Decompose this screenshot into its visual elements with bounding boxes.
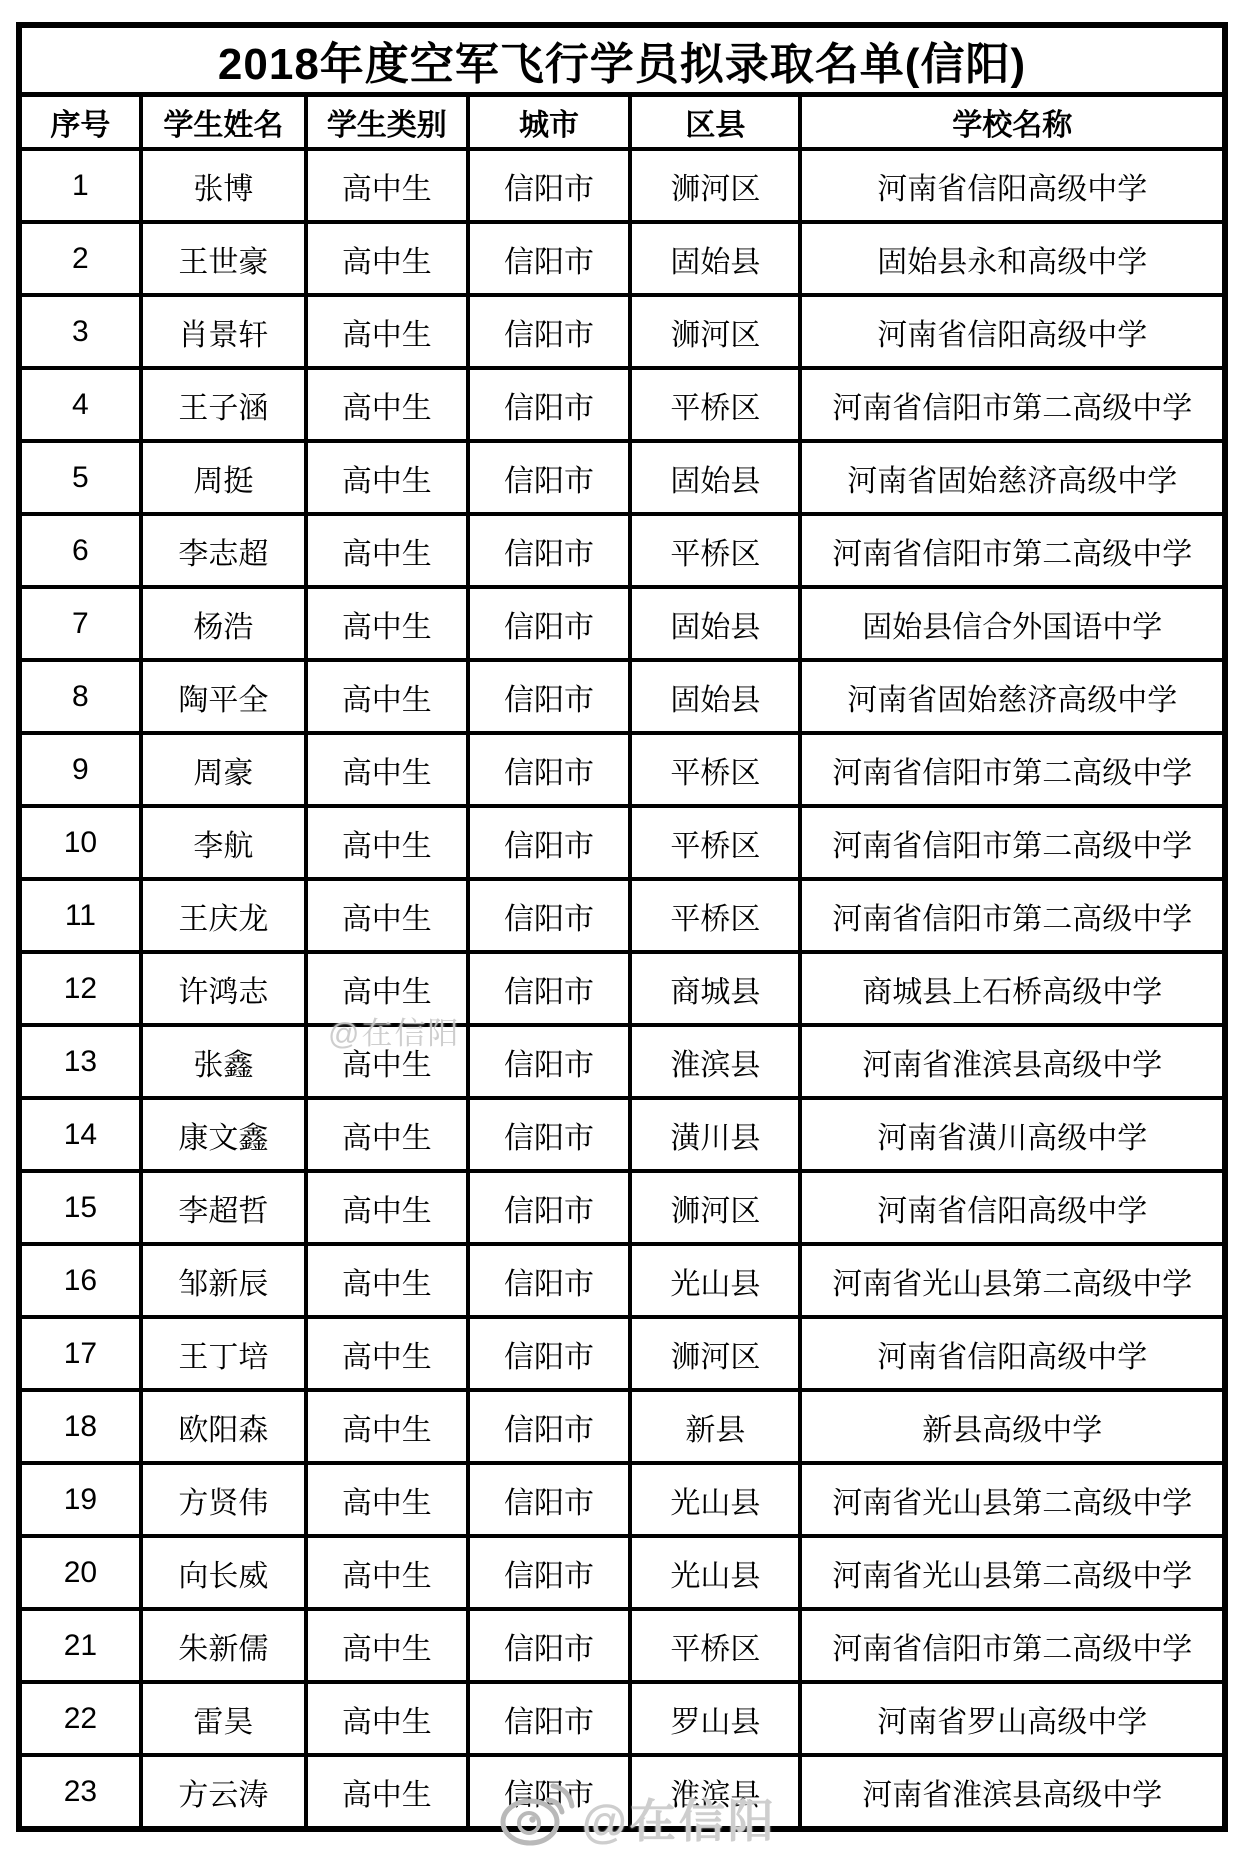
- table-cell: 3: [19, 295, 141, 368]
- table-cell: 王子涵: [141, 368, 306, 441]
- table-cell: 固始县: [630, 441, 800, 514]
- table-cell: 河南省信阳市第二高级中学: [800, 733, 1225, 806]
- table-cell: 信阳市: [468, 295, 631, 368]
- table-cell: 信阳市: [468, 441, 631, 514]
- table-cell: 信阳市: [468, 1755, 631, 1829]
- table-cell: 15: [19, 1171, 141, 1244]
- table-cell: 固始县永和高级中学: [800, 222, 1225, 295]
- table-cell: 5: [19, 441, 141, 514]
- table-cell: 信阳市: [468, 149, 631, 222]
- table-cell: 平桥区: [630, 514, 800, 587]
- column-header-2: 学生类别: [306, 95, 468, 150]
- table-cell: 信阳市: [468, 879, 631, 952]
- table-cell: 信阳市: [468, 1536, 631, 1609]
- table-cell: 欧阳森: [141, 1390, 306, 1463]
- table-cell: 信阳市: [468, 1463, 631, 1536]
- table-cell: 新县: [630, 1390, 800, 1463]
- table-cell: 王丁培: [141, 1317, 306, 1390]
- table-cell: 信阳市: [468, 1390, 631, 1463]
- table-cell: 固始县信合外国语中学: [800, 587, 1225, 660]
- table-cell: 方云涛: [141, 1755, 306, 1829]
- table-cell: 平桥区: [630, 806, 800, 879]
- table-cell: 18: [19, 1390, 141, 1463]
- table-cell: 高中生: [306, 1244, 468, 1317]
- table-row: 3肖景轩高中生信阳市浉河区河南省信阳高级中学: [19, 295, 1225, 368]
- table-cell: 河南省信阳高级中学: [800, 1171, 1225, 1244]
- table-cell: 罗山县: [630, 1682, 800, 1755]
- table-cell: 高中生: [306, 1025, 468, 1098]
- table-cell: 17: [19, 1317, 141, 1390]
- table-cell: 王庆龙: [141, 879, 306, 952]
- table-cell: 王世豪: [141, 222, 306, 295]
- table-row: 8陶平全高中生信阳市固始县河南省固始慈济高级中学: [19, 660, 1225, 733]
- table-cell: 高中生: [306, 587, 468, 660]
- table-cell: 河南省信阳市第二高级中学: [800, 1609, 1225, 1682]
- table-cell: 信阳市: [468, 368, 631, 441]
- table-cell: 陶平全: [141, 660, 306, 733]
- table-cell: 12: [19, 952, 141, 1025]
- table-row: 10李航高中生信阳市平桥区河南省信阳市第二高级中学: [19, 806, 1225, 879]
- table-cell: 河南省淮滨县高级中学: [800, 1025, 1225, 1098]
- title-row: 2018年度空军飞行学员拟录取名单(信阳): [19, 25, 1225, 95]
- table-cell: 平桥区: [630, 368, 800, 441]
- table-row: 4王子涵高中生信阳市平桥区河南省信阳市第二高级中学: [19, 368, 1225, 441]
- table-cell: 高中生: [306, 1755, 468, 1829]
- table-row: 16邹新辰高中生信阳市光山县河南省光山县第二高级中学: [19, 1244, 1225, 1317]
- table-cell: 固始县: [630, 222, 800, 295]
- table-cell: 高中生: [306, 368, 468, 441]
- table-row: 21朱新儒高中生信阳市平桥区河南省信阳市第二高级中学: [19, 1609, 1225, 1682]
- table-cell: 20: [19, 1536, 141, 1609]
- table-cell: 信阳市: [468, 1171, 631, 1244]
- table-cell: 信阳市: [468, 1025, 631, 1098]
- table-row: 15李超哲高中生信阳市浉河区河南省信阳高级中学: [19, 1171, 1225, 1244]
- table-cell: 高中生: [306, 1609, 468, 1682]
- table-cell: 平桥区: [630, 1609, 800, 1682]
- table-cell: 浉河区: [630, 295, 800, 368]
- table-cell: 光山县: [630, 1463, 800, 1536]
- table-cell: 河南省信阳高级中学: [800, 295, 1225, 368]
- table-cell: 信阳市: [468, 1609, 631, 1682]
- table-cell: 潢川县: [630, 1098, 800, 1171]
- table-cell: 信阳市: [468, 733, 631, 806]
- table-cell: 6: [19, 514, 141, 587]
- table-cell: 11: [19, 879, 141, 952]
- table-cell: 固始县: [630, 660, 800, 733]
- table-cell: 信阳市: [468, 1098, 631, 1171]
- table-cell: 李航: [141, 806, 306, 879]
- table-cell: 高中生: [306, 1536, 468, 1609]
- table-cell: 肖景轩: [141, 295, 306, 368]
- table-cell: 许鸿志: [141, 952, 306, 1025]
- table-cell: 信阳市: [468, 660, 631, 733]
- table-cell: 河南省光山县第二高级中学: [800, 1463, 1225, 1536]
- table-row: 1张博高中生信阳市浉河区河南省信阳高级中学: [19, 149, 1225, 222]
- table-cell: 河南省光山县第二高级中学: [800, 1536, 1225, 1609]
- table-cell: 光山县: [630, 1536, 800, 1609]
- table-cell: 信阳市: [468, 952, 631, 1025]
- table-cell: 周豪: [141, 733, 306, 806]
- table-cell: 新县高级中学: [800, 1390, 1225, 1463]
- table-cell: 高中生: [306, 1098, 468, 1171]
- table-cell: 浉河区: [630, 1171, 800, 1244]
- table-row: 12许鸿志高中生信阳市商城县商城县上石桥高级中学: [19, 952, 1225, 1025]
- table-cell: 康文鑫: [141, 1098, 306, 1171]
- table-cell: 信阳市: [468, 222, 631, 295]
- table-header-row: 序号学生姓名学生类别城市区县学校名称: [19, 95, 1225, 150]
- table-cell: 商城县: [630, 952, 800, 1025]
- table-cell: 李超哲: [141, 1171, 306, 1244]
- table-cell: 高中生: [306, 879, 468, 952]
- table-cell: 浉河区: [630, 149, 800, 222]
- table-cell: 1: [19, 149, 141, 222]
- table-cell: 河南省信阳高级中学: [800, 149, 1225, 222]
- table-cell: 信阳市: [468, 1317, 631, 1390]
- table-row: 5周挺高中生信阳市固始县河南省固始慈济高级中学: [19, 441, 1225, 514]
- table-cell: 9: [19, 733, 141, 806]
- table-cell: 信阳市: [468, 587, 631, 660]
- table-cell: 向长威: [141, 1536, 306, 1609]
- table-row: 19方贤伟高中生信阳市光山县河南省光山县第二高级中学: [19, 1463, 1225, 1536]
- column-header-5: 学校名称: [800, 95, 1225, 150]
- table-cell: 河南省光山县第二高级中学: [800, 1244, 1225, 1317]
- table-cell: 16: [19, 1244, 141, 1317]
- table-cell: 高中生: [306, 660, 468, 733]
- column-header-1: 学生姓名: [141, 95, 306, 150]
- table-cell: 河南省固始慈济高级中学: [800, 660, 1225, 733]
- table-cell: 22: [19, 1682, 141, 1755]
- table-cell: 19: [19, 1463, 141, 1536]
- page-title: 2018年度空军飞行学员拟录取名单(信阳): [19, 25, 1225, 95]
- table-cell: 高中生: [306, 1463, 468, 1536]
- table-cell: 14: [19, 1098, 141, 1171]
- table-cell: 高中生: [306, 514, 468, 587]
- table-row: 6李志超高中生信阳市平桥区河南省信阳市第二高级中学: [19, 514, 1225, 587]
- admission-table: 2018年度空军飞行学员拟录取名单(信阳) 序号学生姓名学生类别城市区县学校名称…: [16, 22, 1228, 1832]
- table-cell: 杨浩: [141, 587, 306, 660]
- table-cell: 邹新辰: [141, 1244, 306, 1317]
- table-cell: 张鑫: [141, 1025, 306, 1098]
- table-cell: 10: [19, 806, 141, 879]
- table-cell: 23: [19, 1755, 141, 1829]
- table-cell: 河南省固始慈济高级中学: [800, 441, 1225, 514]
- table-row: 13张鑫高中生信阳市淮滨县河南省淮滨县高级中学: [19, 1025, 1225, 1098]
- table-cell: 高中生: [306, 733, 468, 806]
- column-header-3: 城市: [468, 95, 631, 150]
- table-cell: 平桥区: [630, 733, 800, 806]
- table-cell: 高中生: [306, 441, 468, 514]
- table-cell: 高中生: [306, 1390, 468, 1463]
- table-cell: 13: [19, 1025, 141, 1098]
- table-row: 14康文鑫高中生信阳市潢川县河南省潢川高级中学: [19, 1098, 1225, 1171]
- table-cell: 雷昊: [141, 1682, 306, 1755]
- table-cell: 固始县: [630, 587, 800, 660]
- table-cell: 浉河区: [630, 1317, 800, 1390]
- table-cell: 李志超: [141, 514, 306, 587]
- table-cell: 信阳市: [468, 806, 631, 879]
- table-cell: 平桥区: [630, 879, 800, 952]
- table-cell: 河南省信阳市第二高级中学: [800, 879, 1225, 952]
- table-cell: 7: [19, 587, 141, 660]
- admission-table-wrap: 2018年度空军飞行学员拟录取名单(信阳) 序号学生姓名学生类别城市区县学校名称…: [16, 22, 1228, 1832]
- table-cell: 方贤伟: [141, 1463, 306, 1536]
- table-cell: 信阳市: [468, 1682, 631, 1755]
- table-row: 20向长威高中生信阳市光山县河南省光山县第二高级中学: [19, 1536, 1225, 1609]
- table-cell: 高中生: [306, 952, 468, 1025]
- table-cell: 商城县上石桥高级中学: [800, 952, 1225, 1025]
- table-cell: 河南省淮滨县高级中学: [800, 1755, 1225, 1829]
- table-row: 23方云涛高中生信阳市淮滨县河南省淮滨县高级中学: [19, 1755, 1225, 1829]
- table-row: 11王庆龙高中生信阳市平桥区河南省信阳市第二高级中学: [19, 879, 1225, 952]
- table-cell: 高中生: [306, 1317, 468, 1390]
- page: 2018年度空军飞行学员拟录取名单(信阳) 序号学生姓名学生类别城市区县学校名称…: [0, 0, 1242, 1857]
- table-cell: 河南省信阳市第二高级中学: [800, 368, 1225, 441]
- table-cell: 8: [19, 660, 141, 733]
- table-cell: 河南省信阳市第二高级中学: [800, 514, 1225, 587]
- table-cell: 淮滨县: [630, 1755, 800, 1829]
- table-cell: 信阳市: [468, 1244, 631, 1317]
- table-row: 22雷昊高中生信阳市罗山县河南省罗山高级中学: [19, 1682, 1225, 1755]
- table-cell: 高中生: [306, 1171, 468, 1244]
- table-cell: 光山县: [630, 1244, 800, 1317]
- table-cell: 4: [19, 368, 141, 441]
- table-row: 2王世豪高中生信阳市固始县固始县永和高级中学: [19, 222, 1225, 295]
- table-cell: 高中生: [306, 295, 468, 368]
- table-cell: 高中生: [306, 149, 468, 222]
- table-cell: 高中生: [306, 1682, 468, 1755]
- table-body: 1张博高中生信阳市浉河区河南省信阳高级中学2王世豪高中生信阳市固始县固始县永和高…: [19, 149, 1225, 1829]
- table-cell: 高中生: [306, 806, 468, 879]
- table-cell: 高中生: [306, 222, 468, 295]
- table-cell: 河南省罗山高级中学: [800, 1682, 1225, 1755]
- table-cell: 河南省信阳高级中学: [800, 1317, 1225, 1390]
- table-row: 17王丁培高中生信阳市浉河区河南省信阳高级中学: [19, 1317, 1225, 1390]
- table-cell: 周挺: [141, 441, 306, 514]
- table-cell: 2: [19, 222, 141, 295]
- table-cell: 张博: [141, 149, 306, 222]
- table-cell: 河南省潢川高级中学: [800, 1098, 1225, 1171]
- column-header-4: 区县: [630, 95, 800, 150]
- table-cell: 河南省信阳市第二高级中学: [800, 806, 1225, 879]
- table-cell: 21: [19, 1609, 141, 1682]
- table-row: 18欧阳森高中生信阳市新县新县高级中学: [19, 1390, 1225, 1463]
- table-cell: 朱新儒: [141, 1609, 306, 1682]
- table-row: 7杨浩高中生信阳市固始县固始县信合外国语中学: [19, 587, 1225, 660]
- table-cell: 淮滨县: [630, 1025, 800, 1098]
- column-header-0: 序号: [19, 95, 141, 150]
- table-row: 9周豪高中生信阳市平桥区河南省信阳市第二高级中学: [19, 733, 1225, 806]
- table-cell: 信阳市: [468, 514, 631, 587]
